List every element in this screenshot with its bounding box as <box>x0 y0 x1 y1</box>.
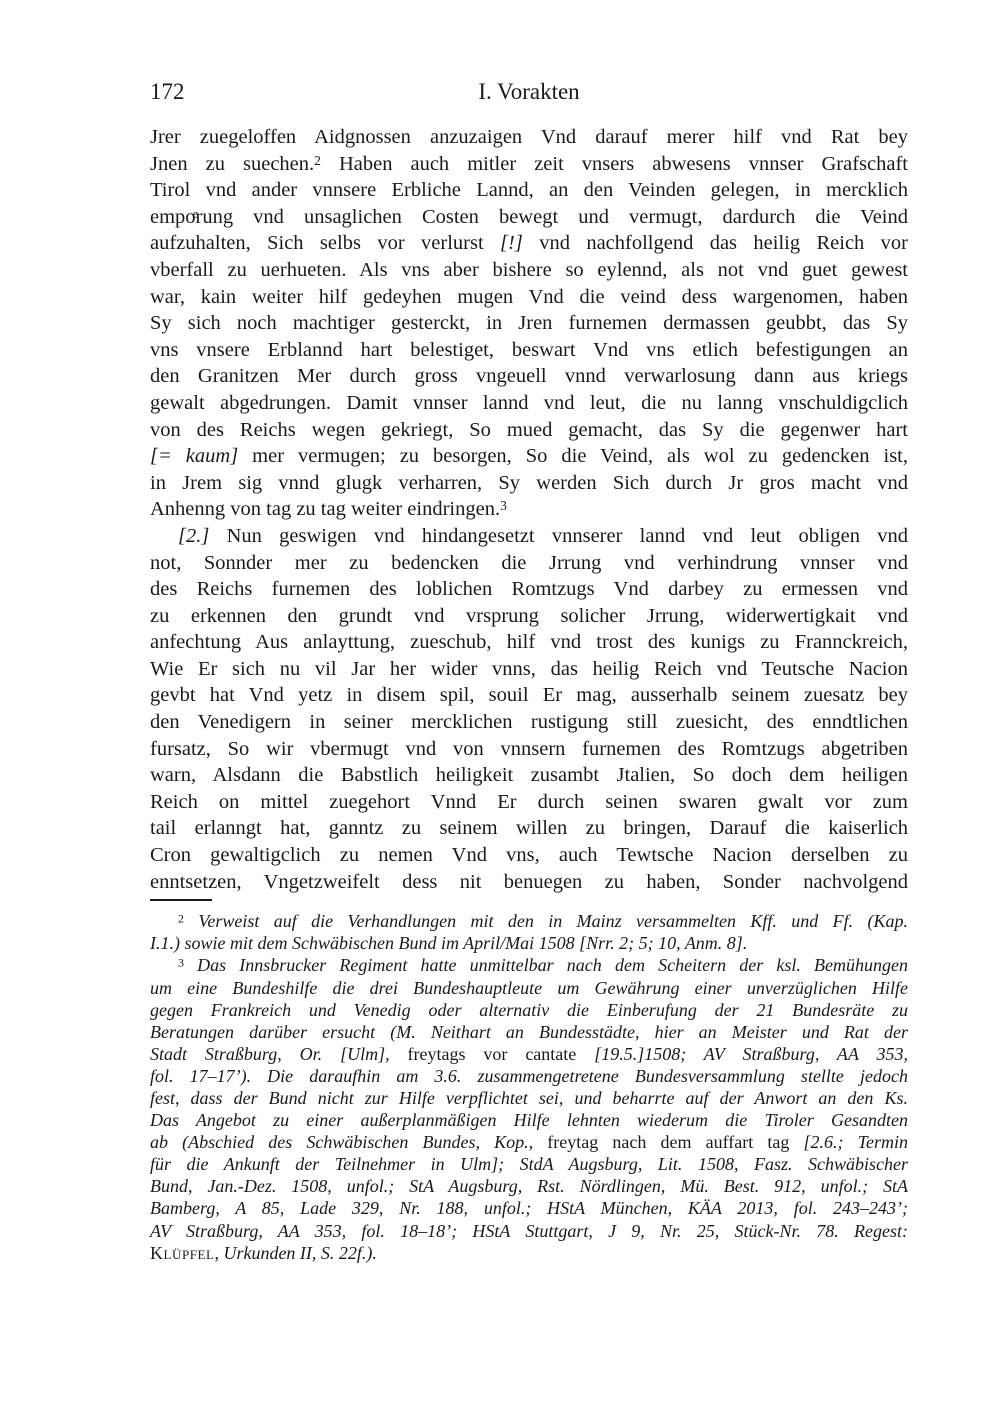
text-segment: Jrer zuegeloffen Aidgnossen anzuzaigen V… <box>150 126 908 148</box>
text-line: den Granitzen Mer durch gross vngeuell v… <box>150 363 908 390</box>
footnote-ref: 2 <box>314 152 321 167</box>
text-segment <box>184 955 197 975</box>
text-segment: anfechtung Aus anlayttung, zueschub, hil… <box>150 631 908 653</box>
text-line: [= kaum] mer vermugen; zu besorgen, So d… <box>150 443 908 470</box>
text-line: fol. 17–17’). Die daraufhin am 3.6. zusa… <box>150 1065 908 1087</box>
text-segment <box>184 911 198 931</box>
text-segment: enntsetzen, Vngetzweifelt dess nit benue… <box>150 871 908 893</box>
text-line: vberfall zu uerhueten. Als vns aber bish… <box>150 257 908 284</box>
text-line: vns vnsere Erblannd hart belestiget, bes… <box>150 337 908 364</box>
text-line: gewalt abgedrungen. Damit vnnser lannd v… <box>150 390 908 417</box>
text-segment: Stadt Straßburg, Or. [Ulm], <box>150 1044 390 1064</box>
text-line: um eine Bundeshilfe die drei Bundeshaupt… <box>150 977 908 999</box>
footnotes: 2 Verweist auf die Verhandlungen mit den… <box>150 910 908 1264</box>
text-segment: freytags vor cantate <box>390 1044 595 1064</box>
text-segment: Reich on mittel zuegehort Vnnd Er durch … <box>150 791 908 813</box>
text-segment: Tirol vnd ander vnnsere Erbliche Lannd, … <box>150 179 908 201</box>
running-title: I. Vorakten <box>150 79 908 105</box>
page-header: 172 I. Vorakten <box>150 79 908 105</box>
text-line: Das Angebot zu einer außerplanmäßigen Hi… <box>150 1109 908 1131</box>
text-segment: Verweist auf die Verhandlungen mit den i… <box>198 911 908 931</box>
text-segment: den Venedigern in seiner mercklichen rus… <box>150 711 908 733</box>
text-segment: [2.6.; Termin <box>804 1132 909 1152</box>
text-segment: gevbt hat Vnd yetz in disem spil, souil … <box>150 684 908 706</box>
footnote-2: 2 Verweist auf die Verhandlungen mit den… <box>150 910 908 954</box>
text-segment: tail erlanngt hat, ganntz zu seinem will… <box>150 817 908 839</box>
text-line: Cron gewaltigclich zu nemen Vnd vns, auc… <box>150 842 908 869</box>
text-line: 2 Verweist auf die Verhandlungen mit den… <box>150 910 908 932</box>
text-segment: [!] <box>500 232 523 254</box>
text-line: I.1.) sowie mit dem Schwäbischen Bund im… <box>150 932 908 954</box>
text-line: Jrer zuegeloffen Aidgnossen anzuzaigen V… <box>150 124 908 151</box>
text-segment: vnd nachfollgend das heilig Reich vor <box>523 232 908 254</box>
text-line: Wie Er sich nu vil Jar her wider vnns, d… <box>150 656 908 683</box>
footnote-3: 3 Das Innsbrucker Regiment hatte unmitte… <box>150 954 908 1263</box>
footnote-ref: 3 <box>500 498 507 513</box>
text-line: Anhenng von tag zu tag weiter eindringen… <box>150 496 908 523</box>
text-line: gevbt hat Vnd yetz in disem spil, souil … <box>150 682 908 709</box>
text-segment: [2.] <box>178 525 209 547</box>
text-line: zu erkennen den grundt vnd vrsprung soli… <box>150 603 908 630</box>
text-line: Bund, Jan.-Dez. 1508, unfol.; StA Augsbu… <box>150 1175 908 1197</box>
text-segment: fursatz, So wir vbermugt vnd von vnnsern… <box>150 738 908 760</box>
paragraph-1: Jrer zuegeloffen Aidgnossen anzuzaigen V… <box>150 124 908 523</box>
text-line: tail erlanngt hat, ganntz zu seinem will… <box>150 815 908 842</box>
text-segment: Anhenng von tag zu tag weiter eindringen… <box>150 498 500 520</box>
text-segment: fol. 17–17’). Die daraufhin am 3.6. zusa… <box>150 1066 908 1086</box>
text-line: für die Ankunft der Teilnehmer in Ulm]; … <box>150 1153 908 1175</box>
text-line: Sy sich noch machtiger gesterckt, in Jre… <box>150 310 908 337</box>
text-line: [2.] Nun geswigen vnd hindangesetzt vnns… <box>150 523 908 550</box>
text-segment: Beratungen darüber ersucht (M. Neithart … <box>150 1022 908 1042</box>
text-segment: Bamberg, A 85, Lade 329, Nr. 188, unfol.… <box>150 1198 908 1218</box>
text-segment: [= kaum] <box>150 445 238 467</box>
text-line: not, Sonnder mer zu bedencken die Jrrung… <box>150 550 908 577</box>
text-segment: empoͤrung vnd unsaglichen Costen bewegt … <box>150 206 908 228</box>
text-segment: den Granitzen Mer durch gross vngeuell v… <box>150 365 908 387</box>
text-segment: ab (Abschied des Schwäbischen Bundes, Ko… <box>150 1132 533 1152</box>
text-segment: für die Ankunft der Teilnehmer in Ulm]; … <box>150 1154 908 1174</box>
text-line: Bamberg, A 85, Lade 329, Nr. 188, unfol.… <box>150 1197 908 1219</box>
text-line: enntsetzen, Vngetzweifelt dess nit benue… <box>150 869 908 896</box>
text-line: Klüpfel, Urkunden II, S. 22f.). <box>150 1242 908 1264</box>
text-line: fursatz, So wir vbermugt vnd von vnnsern… <box>150 736 908 763</box>
text-line: anfechtung Aus anlayttung, zueschub, hil… <box>150 629 908 656</box>
text-line: von des Reichs wegen gekriegt, So mued g… <box>150 417 908 444</box>
body-text: Jrer zuegeloffen Aidgnossen anzuzaigen V… <box>150 124 908 895</box>
text-segment: Das Angebot zu einer außerplanmäßigen Hi… <box>150 1110 908 1130</box>
paragraph-2: [2.] Nun geswigen vnd hindangesetzt vnns… <box>150 523 908 895</box>
text-line: aufzuhalten, Sich selbs vor verlurst [!]… <box>150 230 908 257</box>
text-segment: I.1.) sowie mit dem Schwäbischen Bund im… <box>150 933 747 953</box>
text-segment: Das Innsbrucker Regiment hatte unmittelb… <box>197 955 908 975</box>
text-segment: Nun geswigen vnd hindangesetzt vnnserer … <box>209 525 908 547</box>
text-segment: Bund, Jan.-Dez. 1508, unfol.; StA Augsbu… <box>150 1176 908 1196</box>
text-segment: Haben auch mitler zeit vnsers abwesens v… <box>321 153 908 175</box>
text-segment: vberfall zu uerhueten. Als vns aber bish… <box>150 259 908 281</box>
footnote-separator <box>150 899 212 901</box>
text-segment: Jnen zu suechen. <box>150 153 314 175</box>
text-line: den Venedigern in seiner mercklichen rus… <box>150 709 908 736</box>
text-segment: AV Straßburg, AA 353, fol. 18–18’; HStA … <box>150 1221 908 1241</box>
text-segment: not, Sonnder mer zu bedencken die Jrrung… <box>150 552 908 574</box>
text-segment: Urkunden II, S. 22f.). <box>223 1243 376 1263</box>
text-line: in Jrem sig vnnd glugk verharren, Sy wer… <box>150 470 908 497</box>
text-line: fest, dass der Bund nicht zur Hilfe verp… <box>150 1087 908 1109</box>
text-segment: um eine Bundeshilfe die drei Bundeshaupt… <box>150 978 908 998</box>
text-segment: zu erkennen den grundt vnd vrsprung soli… <box>150 605 908 627</box>
text-line: des Reichs furnemen des loblichen Romtzu… <box>150 576 908 603</box>
text-line: Jnen zu suechen.2 Haben auch mitler zeit… <box>150 151 908 178</box>
text-segment: [19.5.]1508; AV Straßburg, AA 353, <box>594 1044 908 1064</box>
text-segment: vns vnsere Erblannd hart belestiget, bes… <box>150 339 908 361</box>
text-segment: warn, Alsdann die Babstlich heiligkeit z… <box>150 764 908 786</box>
text-segment: gegen Frankreich und Venedig oder altern… <box>150 1000 908 1020</box>
text-segment: Klüpfel <box>150 1243 214 1263</box>
text-line: ab (Abschied des Schwäbischen Bundes, Ko… <box>150 1131 908 1153</box>
text-segment: des Reichs furnemen des loblichen Romtzu… <box>150 578 908 600</box>
text-line: Tirol vnd ander vnnsere Erbliche Lannd, … <box>150 177 908 204</box>
text-segment: gewalt abgedrungen. Damit vnnser lannd v… <box>150 392 908 414</box>
text-segment: fest, dass der Bund nicht zur Hilfe verp… <box>150 1088 908 1108</box>
text-line: empoͤrung vnd unsaglichen Costen bewegt … <box>150 204 908 231</box>
text-segment: Sy sich noch machtiger gesterckt, in Jre… <box>150 312 908 334</box>
text-segment: von des Reichs wegen gekriegt, So mued g… <box>150 419 908 441</box>
text-line: gegen Frankreich und Venedig oder altern… <box>150 999 908 1021</box>
text-segment: aufzuhalten, Sich selbs vor verlurst <box>150 232 500 254</box>
text-line: Stadt Straßburg, Or. [Ulm], freytags vor… <box>150 1043 908 1065</box>
text-line: 3 Das Innsbrucker Regiment hatte unmitte… <box>150 954 908 976</box>
text-segment: war, kain weiter hilf gedeyhen mugen Vnd… <box>150 286 908 308</box>
text-segment: Cron gewaltigclich zu nemen Vnd vns, auc… <box>150 844 908 866</box>
text-line: war, kain weiter hilf gedeyhen mugen Vnd… <box>150 284 908 311</box>
text-segment: freytag nach dem auffart tag <box>533 1132 803 1152</box>
text-line: AV Straßburg, AA 353, fol. 18–18’; HStA … <box>150 1220 908 1242</box>
book-page: 172 I. Vorakten Jrer zuegeloffen Aidgnos… <box>0 0 1004 1418</box>
text-line: Reich on mittel zuegehort Vnnd Er durch … <box>150 789 908 816</box>
text-line: Beratungen darüber ersucht (M. Neithart … <box>150 1021 908 1043</box>
text-segment: mer vermugen; zu besorgen, So die Veind,… <box>238 445 908 467</box>
text-segment: Wie Er sich nu vil Jar her wider vnns, d… <box>150 658 908 680</box>
text-segment: in Jrem sig vnnd glugk verharren, Sy wer… <box>150 472 908 494</box>
text-line: warn, Alsdann die Babstlich heiligkeit z… <box>150 762 908 789</box>
